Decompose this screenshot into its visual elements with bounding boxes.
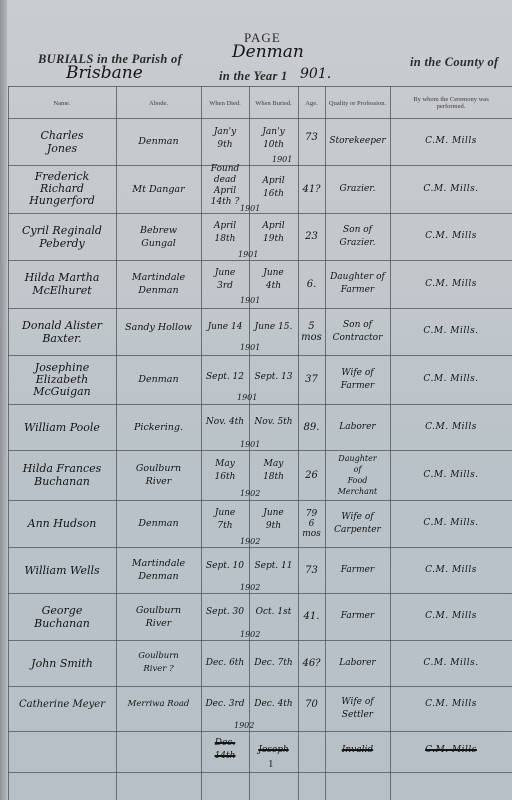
cell-name: Frederick Richard Hungerford — [8, 165, 116, 213]
cell-officiant: C.M. Mills — [390, 547, 512, 593]
cell-abode: Merriwa Road — [116, 686, 201, 722]
cell-when-buried: June 4th — [249, 260, 298, 300]
cell-year: 1902 — [240, 537, 260, 546]
cell-abode: Pickering. — [116, 404, 201, 450]
cell-name: Hilda Martha McElhuret — [8, 260, 116, 308]
cell-year: 1901 — [272, 155, 292, 164]
year-label: in the Year 1 — [219, 69, 288, 84]
cell-name: Donald Alister Baxter. — [8, 308, 116, 355]
cell-when-died: June 3rd — [201, 260, 249, 300]
cell-quality: Wife of Farmer — [325, 355, 390, 404]
cell-abode: Martindale Denman — [116, 547, 201, 593]
cell-name: Cyril Reginald Peberdy — [8, 213, 116, 260]
cell-abode: Denman — [116, 355, 201, 404]
cell-when-buried: Dec. 4th — [249, 686, 298, 722]
cell-quality: Wife of Carpenter — [325, 500, 390, 547]
grid-line — [8, 86, 512, 87]
cell-abode: Mt Dangar — [116, 165, 201, 213]
cell-abode: Denman — [116, 118, 201, 165]
cell-abode: Martindale Denman — [116, 260, 201, 308]
cell-year: 1901 — [240, 204, 260, 213]
cell-age: 73 — [298, 118, 325, 156]
cell-when-buried: June 9th — [249, 500, 298, 540]
cell-when-died: Nov. 4th — [201, 404, 249, 440]
cell-when-died: June 7th — [201, 500, 249, 540]
page-number: 1 — [268, 758, 274, 770]
cell-when-died: April 18th — [201, 213, 249, 253]
cell-name: Hilda Frances Buchanan — [8, 450, 116, 500]
cell-officiant: C.M. Mills — [390, 738, 512, 762]
cell-when-died: Dec. 14th — [201, 738, 249, 762]
cell-name: George Buchanan — [8, 593, 116, 640]
cell-name: Charles Jones — [8, 118, 116, 165]
cell-officiant: C.M. Mills — [390, 260, 512, 308]
column-header-when-buried: When Buried. — [249, 88, 298, 118]
cell-quality: Wife of Settler — [325, 686, 390, 731]
cell-age: 5 mos — [298, 308, 325, 355]
cell-quality: Farmer — [325, 547, 390, 593]
cell-name: William Wells — [8, 547, 116, 593]
cell-quality: Storekeeper — [325, 118, 390, 165]
cell-age: 6. — [298, 260, 325, 308]
cell-age: 70 — [298, 686, 325, 722]
cell-year: 1902 — [240, 630, 260, 639]
grid-line — [8, 772, 512, 773]
cell-name: Ann Hudson — [8, 500, 116, 547]
cell-name: Catherine Meyer — [8, 686, 116, 722]
cell-age: 41? — [298, 165, 325, 213]
cell-year: 1902 — [240, 489, 260, 498]
cell-age: 37 — [298, 355, 325, 404]
cell-officiant: C.M. Mills — [390, 404, 512, 450]
county-label: in the County of — [410, 55, 499, 70]
cell-when-died: Sept. 10 — [201, 547, 249, 585]
cell-age: 73 — [298, 547, 325, 593]
cell-abode: Goulburn River — [116, 450, 201, 500]
cell-quality: Farmer — [325, 593, 390, 640]
cell-year: 1901 — [240, 296, 260, 305]
year-value: 901. — [300, 66, 331, 82]
cell-year: 1902 — [240, 583, 260, 592]
county-name: Brisbane — [66, 63, 143, 83]
column-header-officiant: By whom the Ceremony was performed. — [390, 88, 512, 118]
cell-age: 26 — [298, 450, 325, 500]
cell-age: 89. — [298, 404, 325, 450]
cell-year: 1901 — [240, 343, 260, 352]
cell-when-buried: June 15. — [249, 308, 298, 346]
grid-line — [8, 731, 512, 732]
cell-year: 1901 — [237, 393, 257, 402]
cell-quality: Grazier. — [325, 165, 390, 213]
cell-officiant: C.M. Mills. — [390, 355, 512, 404]
column-header-age: Age. — [298, 88, 325, 118]
cell-when-died: June 14 — [201, 308, 249, 346]
column-header-abode: Abode. — [116, 88, 201, 118]
cell-year: 1902 — [234, 721, 254, 730]
cell-officiant: C.M. Mills. — [390, 500, 512, 547]
cell-quality: Daughter of Food Merchant — [325, 450, 390, 500]
cell-age: 79 6 mos — [298, 500, 325, 547]
cell-abode: Bebrew Gungal — [116, 213, 201, 260]
cell-when-buried: Nov. 5th — [249, 404, 298, 440]
cell-when-buried: Jan'y 10th — [249, 118, 298, 160]
cell-age: 46? — [298, 640, 325, 686]
page-binding-edge — [0, 0, 7, 800]
cell-when-buried: Joseph — [249, 738, 298, 762]
cell-abode: Goulburn River — [116, 593, 201, 640]
cell-year: 1901 — [240, 440, 260, 449]
cell-when-buried: April 19th — [249, 213, 298, 253]
cell-quality: Invalid — [325, 738, 390, 762]
cell-officiant: C.M. Mills. — [390, 640, 512, 686]
cell-abode: Sandy Hollow — [116, 308, 201, 346]
cell-when-buried: Oct. 1st — [249, 593, 298, 631]
cell-when-died: Found dead April 14th ? — [201, 165, 249, 207]
cell-age: 41. — [298, 593, 325, 640]
cell-when-died: Jan'y 9th — [201, 118, 249, 160]
cell-officiant: C.M. Mills. — [390, 450, 512, 500]
cell-age: 23 — [298, 213, 325, 260]
cell-abode: Denman — [116, 500, 201, 547]
cell-quality: Laborer — [325, 640, 390, 686]
parish-name: Denman — [232, 42, 304, 62]
cell-quality: Son of Contractor — [325, 308, 390, 355]
cell-abode: Goulburn River ? — [116, 640, 201, 686]
cell-officiant: C.M. Mills — [390, 213, 512, 260]
cell-when-died: Sept. 30 — [201, 593, 249, 631]
cell-year: 1901 — [238, 250, 258, 259]
cell-officiant: C.M. Mills. — [390, 165, 512, 213]
cell-when-buried: May 18th — [249, 450, 298, 492]
cell-name: John Smith — [8, 640, 116, 686]
cell-when-died: Dec. 6th — [201, 640, 249, 686]
cell-officiant: C.M. Mills — [390, 118, 512, 165]
column-header-when-died: When Died. — [201, 88, 249, 118]
cell-when-died: May 16th — [201, 450, 249, 492]
cell-officiant: C.M. Mills. — [390, 308, 512, 355]
cell-when-buried: Dec. 7th — [249, 640, 298, 686]
column-header-name: Name. — [8, 88, 116, 118]
cell-officiant: C.M. Mills — [390, 686, 512, 722]
cell-when-died: Dec. 3rd — [201, 686, 249, 722]
column-header-quality: Quality or Profession. — [325, 88, 390, 118]
cell-when-buried: Sept. 11 — [249, 547, 298, 585]
cell-officiant: C.M. Mills — [390, 593, 512, 640]
cell-quality: Son of Grazier. — [325, 213, 390, 260]
cell-quality: Daughter of Farmer — [325, 260, 390, 308]
cell-quality: Laborer — [325, 404, 390, 450]
cell-name: William Poole — [8, 404, 116, 450]
cell-name: Josephine Elizabeth McGuigan — [8, 355, 116, 404]
